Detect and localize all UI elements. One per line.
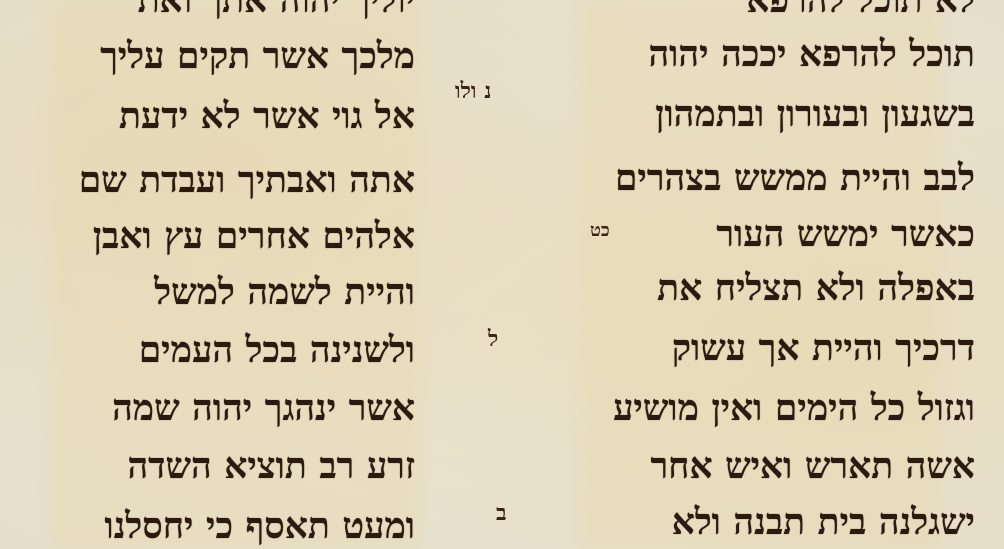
text-line: ומעט תאסף כי יחסלנו xyxy=(105,508,415,544)
text-line: אשר ינהגך יהוה שמה xyxy=(112,390,415,426)
text-line: מלכך אשר תקים עליך xyxy=(100,38,415,74)
text-line: אלהים אחרים עץ ואבן xyxy=(93,218,415,254)
right-text-column: לא תוכל להרפא תוכל להרפא יככה יהוה בשגעו… xyxy=(570,0,1004,549)
text-line: והיית לשמה למשל xyxy=(154,274,415,310)
text-line: באפלה ולא תצליח את xyxy=(657,270,975,306)
text-line: יוליך יהוה אתך ואת xyxy=(138,0,415,18)
text-line: לא תוכל להרפא xyxy=(746,0,975,18)
text-line: ולשנינה בכל העמים xyxy=(139,332,415,368)
text-line: אשה תארש ואיש אחר xyxy=(650,448,975,484)
text-line: כאשר ימשש העור xyxy=(716,216,975,252)
text-line: תוכל להרפא יככה יהוה xyxy=(648,36,975,72)
verse-number: כט xyxy=(590,222,610,240)
margin-note: ל xyxy=(488,328,498,350)
text-line: ישגלנה בית תבנה ולא xyxy=(672,504,975,540)
text-line: אל גוי אשר לא ידעת xyxy=(119,98,415,134)
manuscript-page: יוליך יהוה אתך ואת מלכך אשר תקים עליך אל… xyxy=(0,0,1004,549)
text-line: בשגעון ובעורון ובתמהון xyxy=(655,96,975,132)
text-line: אתה ואבתיך ועבדת שם xyxy=(79,162,415,198)
margin-note: ב xyxy=(496,502,507,524)
text-line: דרכיך והיית אך עשוק xyxy=(672,330,975,366)
margin-note: נ ולו xyxy=(455,80,491,102)
text-line: וגזול כל הימים ואין מושיע xyxy=(613,390,975,426)
text-line: לבב והיית ממשש בצהרים xyxy=(615,160,975,196)
left-text-column: יוליך יהוה אתך ואת מלכך אשר תקים עליך אל… xyxy=(50,0,415,549)
text-line: זרע רב תוציא השדה xyxy=(127,448,415,484)
